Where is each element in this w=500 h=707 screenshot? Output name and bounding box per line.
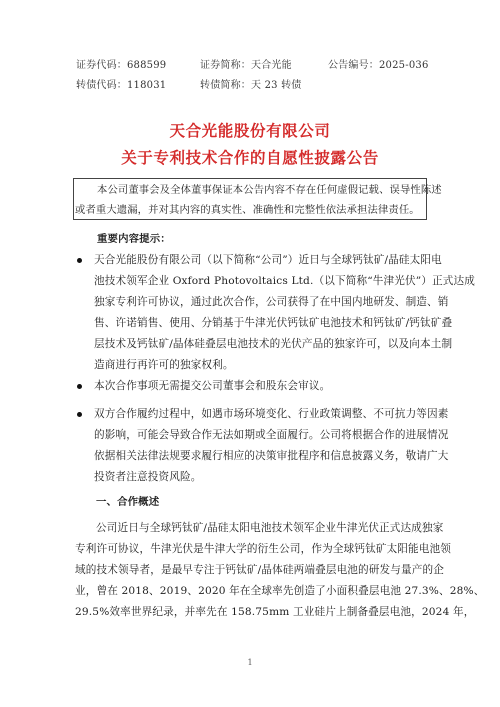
bullet-1-line-1: 天合光能股份有限公司（以下简称“公司”）近日与全球钙钛矿/晶硅太阳电 (94, 252, 442, 267)
section-1-heading: 一、合作概述 (96, 493, 159, 508)
bullet-3-line-2: 的影响，可能会导致合作无法如期或全面履行。公司将根据合作的进展情况 (94, 427, 449, 442)
declaration-line-2: 或者重大遗漏，并对其内容的真实性、准确性和完整性依法承担法律责任。 (75, 201, 420, 216)
bullet-1-line-3: 独家专利许可协议，通过此次合作，公司获得了在中国内地研发、制造、销 (94, 294, 449, 309)
bond-code: 转债代码：118031 (76, 76, 166, 91)
bullet-3-line-1: 双方合作履约过程中，如遇市场环境变化、行业政策调整、不可抗力等因素 (94, 406, 449, 421)
document-page: 证券代码：688599 证券简称：天合光能 公告编号：2025-036 转债代码… (0, 0, 500, 707)
bullet-icon (77, 258, 82, 263)
bullet-1-line-2: 池技术领军企业 Oxford Photovoltaics Ltd.（以下简称“牛… (94, 273, 475, 288)
page-number: 1 (0, 658, 500, 667)
bullet-1-line-5: 层技术及钙钛矿/晶体硅叠层电池技术的光伏产品的独家许可，以及向本土制 (94, 336, 452, 351)
section-1-line-2: 专利许可协议，牛津光伏是牛津大学的衍生公司，作为全球钙钛矿太阳能电池领 (75, 541, 451, 556)
company-title: 天合光能股份有限公司 (0, 119, 500, 141)
stock-abbreviation: 证券简称：天合光能 (200, 56, 292, 71)
highlights-heading: 重要内容提示： (97, 230, 171, 245)
bullet-3-line-4: 投资者注意投资风险。 (94, 469, 201, 484)
announcement-number: 公告编号：2025-036 (328, 56, 429, 71)
section-1-line-5: 29.5%效率世界纪录，并率先在 158.75mm 工业硅片上制备叠层电池，20… (75, 604, 474, 619)
bullet-1-line-4: 售、许诺销售、使用、分销基于牛津光伏钙钛矿电池技术和钙钛矿/钙钛矿叠 (94, 315, 452, 330)
announcement-title: 关于专利技术合作的自愿性披露公告 (0, 146, 500, 168)
stock-code: 证券代码：688599 (76, 56, 166, 71)
bullet-3-line-3: 依据相关法律法规要求履行相应的决策审批程序和信息披露义务，敬请广大 (94, 448, 449, 463)
section-1-line-3: 域的技术领导者，是最早专注于钙钛矿/晶体硅两端叠层电池的研发与量产的企 (75, 562, 444, 577)
bond-abbreviation: 转债简称：天 23 转债 (200, 76, 301, 91)
bullet-icon (77, 384, 82, 389)
bullet-1-line-6: 造商进行再许可的独家权利。 (94, 357, 234, 372)
section-1-line-4: 业，曾在 2018、2019、2020 年在全球率先创造了小面积叠层电池 27.… (75, 583, 484, 598)
declaration-line-1: 本公司董事会及全体董事保证本公告内容不存在任何虚假记载、误导性陈述 (97, 181, 442, 196)
bullet-icon (77, 412, 82, 417)
section-1-line-1: 公司近日与全球钙钛矿/晶硅太阳电池技术领军企业牛津光伏正式达成独家 (96, 520, 444, 535)
bullet-2-line-1: 本次合作事项无需提交公司董事会和股东会审议。 (94, 378, 330, 393)
